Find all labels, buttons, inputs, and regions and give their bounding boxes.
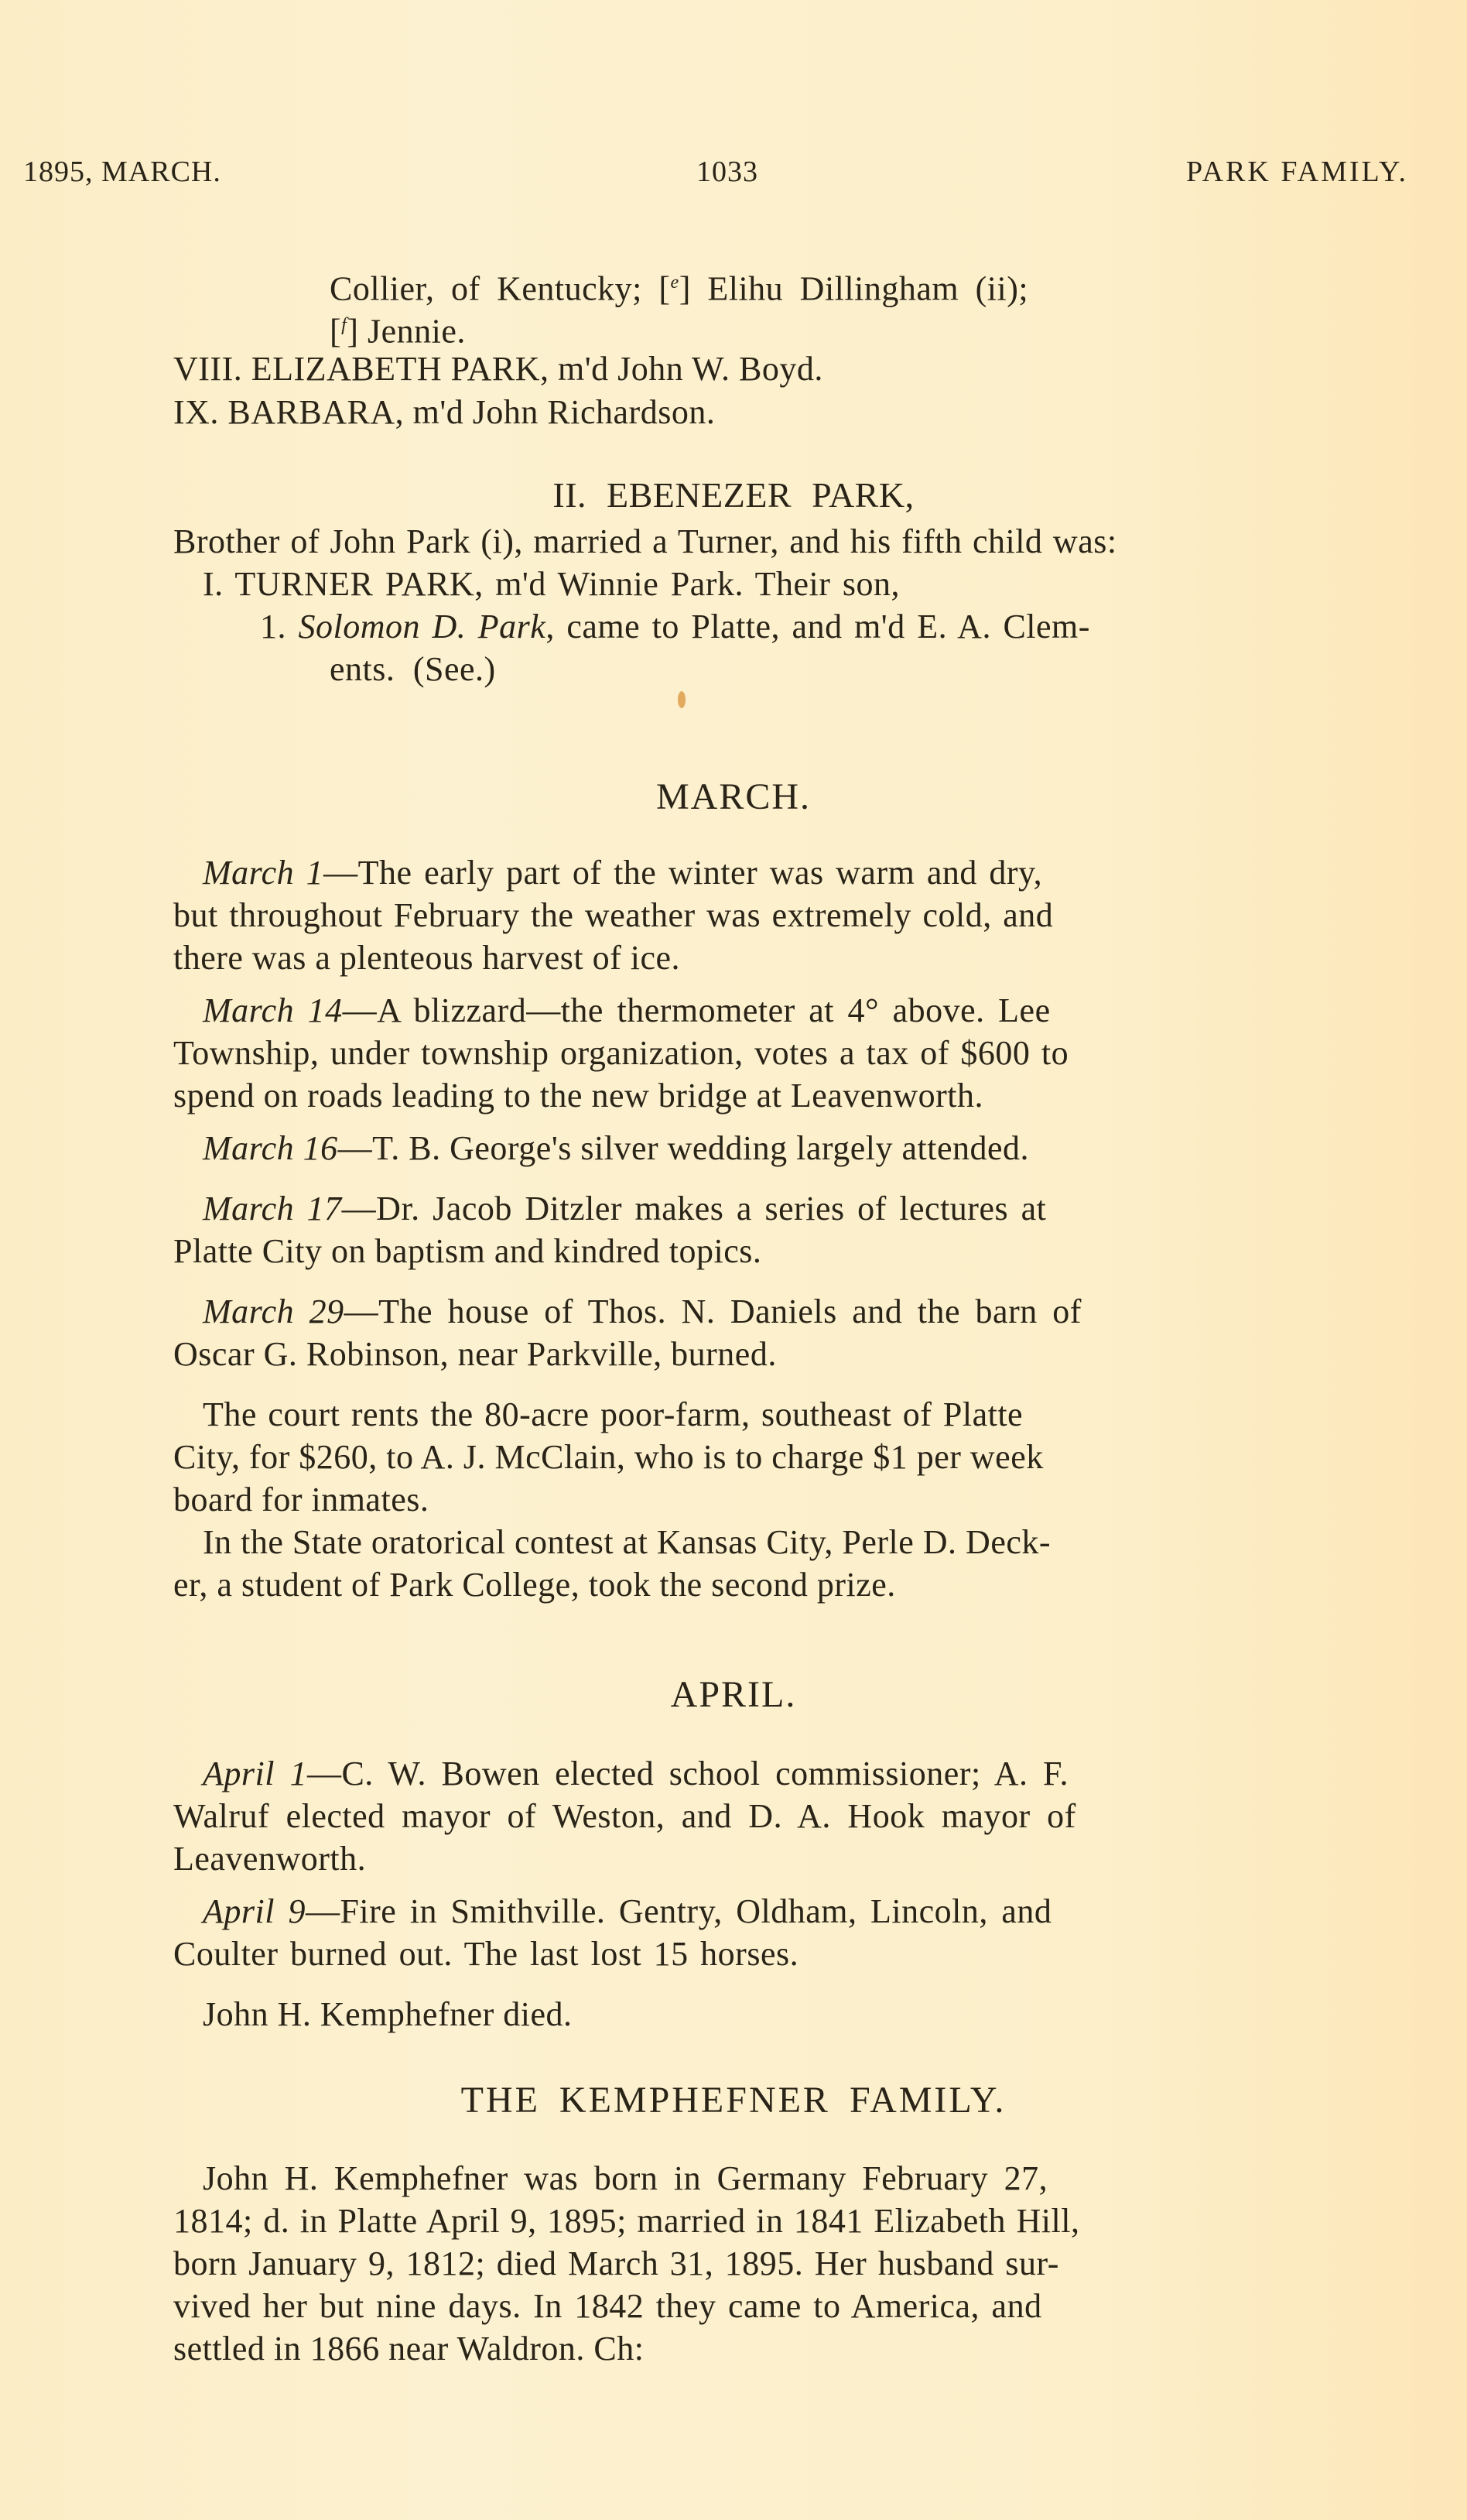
section-heading-april: APRIL. — [0, 1673, 1467, 1716]
kemphefner-death-note: John H. Kemphefner died. — [203, 1993, 573, 2036]
item-ix-barbara: IX. BARBARA, m'd John Richardson. — [173, 391, 715, 433]
entry-april-1-line-2: Walruf elected mayor of Weston, and D. A… — [173, 1795, 1076, 1837]
text-segment: [ — [330, 313, 341, 351]
book-page: 1895, MARCH. 1033 PARK FAMILY. Collier, … — [0, 0, 1467, 2520]
kemphefner-line-2: 1814; d. in Platte April 9, 1895; marrie… — [173, 2200, 1079, 2242]
kemphefner-line-4: vived her but nine days. In 1842 they ca… — [173, 2285, 1042, 2327]
sub-item-number: 1. — [260, 608, 286, 645]
kemphefner-line-5: settled in 1866 near Waldron. Ch: — [173, 2327, 644, 2370]
child-label-e: e — [671, 272, 679, 293]
entry-march-17: March 17—Dr. Jacob Ditzler makes a serie… — [203, 1187, 1046, 1230]
entry-date: March 14 — [203, 991, 343, 1029]
entry-date: March 16 — [203, 1129, 338, 1167]
entry-text: —The early part of the winter was warm a… — [323, 854, 1042, 892]
oratorical-line-2: er, a student of Park College, took the … — [173, 1563, 896, 1606]
text-segment: ] Elihu Dillingham (ii); — [679, 270, 1028, 308]
sub-item-solomon-park-cont: ents. (See.) — [330, 648, 496, 690]
kemphefner-line-3: born January 9, 1812; died March 31, 189… — [173, 2242, 1059, 2285]
entry-text: —The house of Thos. N. Daniels and the b… — [344, 1293, 1082, 1330]
entry-march-17-line-2: Platte City on baptism and kindred topic… — [173, 1230, 761, 1272]
entry-march-16: March 16—T. B. George's silver wedding l… — [203, 1127, 1029, 1169]
children-line-2: [f] Jennie. — [330, 304, 466, 353]
kemphefner-line-1: John H. Kemphefner was born in Germany F… — [203, 2157, 1048, 2200]
entry-april-1-line-3: Leavenworth. — [173, 1837, 366, 1880]
entry-text: —C. W. Bowen elected school commissioner… — [307, 1755, 1069, 1792]
running-head-title: PARK FAMILY. — [1186, 155, 1408, 189]
entry-text: —Fire in Smithville. Gentry, Oldham, Lin… — [306, 1892, 1052, 1930]
entry-date: April 9 — [203, 1892, 306, 1930]
children-line-1: Collier, of Kentucky; [e] Elihu Dillingh… — [330, 262, 1028, 310]
entry-text: —T. B. George's silver wedding largely a… — [338, 1129, 1029, 1167]
item-viii-elizabeth-park: VIII. ELIZABETH PARK, m'd John W. Boyd. — [173, 348, 823, 390]
sub-item-solomon-park: 1. Solomon D. Park, came to Platte, and … — [260, 605, 1090, 648]
section-heading-kemphefner-family: THE KEMPHEFNER FAMILY. — [0, 2079, 1467, 2121]
text-segment: ] Jennie. — [347, 313, 466, 351]
ink-blot — [678, 691, 686, 708]
page-number: 1033 — [696, 155, 758, 189]
running-head-date: 1895, MARCH. — [23, 155, 221, 189]
text-segment: , came to Platte, and m'd E. A. Clem- — [545, 608, 1090, 645]
entry-march-29-line-2: Oscar G. Robinson, near Parkville, burne… — [173, 1333, 777, 1375]
text-segment: Collier, of Kentucky; [ — [330, 270, 671, 308]
entry-date: March 17 — [203, 1190, 342, 1227]
entry-march-14-line-3: spend on roads leading to the new bridge… — [173, 1074, 983, 1117]
section-heading-march: MARCH. — [0, 776, 1467, 818]
poor-farm-line-3: board for inmates. — [173, 1478, 429, 1521]
ebenezer-intro: Brother of John Park (i), married a Turn… — [173, 520, 1117, 563]
entry-date: March 1 — [203, 854, 323, 892]
entry-march-14-line-2: Township, under township organization, v… — [173, 1032, 1069, 1074]
running-head: 1895, MARCH. 1033 PARK FAMILY. — [23, 155, 1408, 201]
entry-march-29: March 29—The house of Thos. N. Daniels a… — [203, 1290, 1082, 1333]
entry-date: March 29 — [203, 1293, 344, 1330]
poor-farm-line-2: City, for $260, to A. J. McClain, who is… — [173, 1436, 1044, 1478]
poor-farm-line-1: The court rents the 80-acre poor-farm, s… — [203, 1393, 1023, 1436]
person-name: Solomon D. Park — [299, 608, 546, 645]
entry-april-1: April 1—C. W. Bowen elected school commi… — [203, 1752, 1069, 1795]
entry-march-14: March 14—A blizzard—the thermometer at 4… — [203, 989, 1051, 1032]
entry-text: —A blizzard—the thermometer at 4° above.… — [343, 991, 1051, 1029]
entry-march-1-line-2: but throughout February the weather was … — [173, 894, 1053, 936]
entry-march-1: March 1—The early part of the winter was… — [203, 851, 1042, 894]
oratorical-line-1: In the State oratorical contest at Kansa… — [203, 1521, 1051, 1563]
entry-text: —Dr. Jacob Ditzler makes a series of lec… — [342, 1190, 1047, 1227]
entry-march-1-line-3: there was a plenteous harvest of ice. — [173, 936, 680, 979]
section-heading-ebenezer-park: II. EBENEZER PARK, — [0, 474, 1467, 516]
item-i-turner-park: I. TURNER PARK, m'd Winnie Park. Their s… — [203, 563, 900, 605]
entry-april-9: April 9—Fire in Smithville. Gentry, Oldh… — [203, 1890, 1052, 1933]
entry-date: April 1 — [203, 1755, 307, 1792]
entry-april-9-line-2: Coulter burned out. The last lost 15 hor… — [173, 1933, 798, 1975]
